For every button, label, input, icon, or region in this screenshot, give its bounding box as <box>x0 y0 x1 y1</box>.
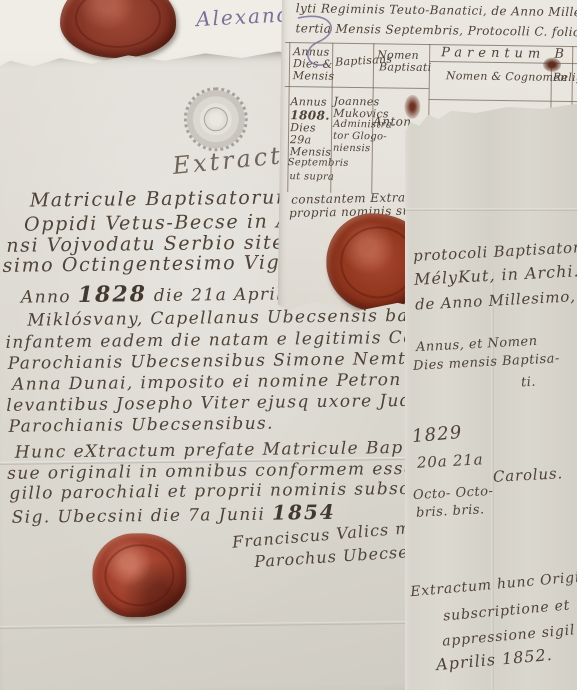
text-line: Dies mensis Baptisa- <box>413 352 560 373</box>
wax-seal <box>92 533 187 618</box>
text-line: Miklósvany, Capellanus Ubecsensis bap <box>27 308 421 330</box>
text-line: appressione sigil <box>442 623 576 649</box>
cell-line: Joannes <box>333 96 379 108</box>
anno-line: Anno 1828 die 21a April <box>21 281 283 306</box>
cell-line: niensis <box>333 144 371 155</box>
text-line: ti. <box>521 376 537 390</box>
cell-line: 1808. <box>290 109 330 122</box>
cell-line: ut supra <box>289 172 334 183</box>
sig-date-year: 1854 <box>272 500 336 525</box>
cell-line: Septembris <box>288 158 349 169</box>
anno-pre: Anno <box>21 287 71 308</box>
text-line: Parochianis Ubecsensibus Simone Nemts <box>8 351 417 373</box>
ink-stain <box>404 95 420 119</box>
embossed-stamp <box>183 87 248 152</box>
col-header: Relig. <box>553 72 577 83</box>
text-line: Annus, et Nomen <box>416 335 538 354</box>
text-line: protocoli Baptisatorum <box>413 239 577 264</box>
text-line: Anna Dunai, imposito ei nomine Petron <box>12 372 402 394</box>
table-rule <box>285 86 429 89</box>
entry-name: Carolus. <box>493 466 564 485</box>
col-header: Nomen & Cognomen <box>446 70 568 83</box>
anno-post: die 21a April <box>154 284 284 306</box>
text-line: Matricule Baptisatorum E <box>30 188 319 211</box>
entry-months: Octo- Octo- <box>413 485 494 502</box>
text-line: levantibus Josepho Viter ejusq uxore Jud… <box>6 393 427 415</box>
cell-line: Anton <box>373 115 411 128</box>
pen-flourish <box>292 12 348 76</box>
text-line: Aprilis 1852. <box>436 647 554 673</box>
cell-line: Dies <box>290 122 316 133</box>
cell-line: Mensis <box>290 146 332 158</box>
entry-year: 1829 <box>411 424 463 446</box>
document-photo: Alexander Extractus Matricule Baptisator… <box>0 0 577 690</box>
ink-stain <box>543 58 561 72</box>
sig-date-line: Sig. Ubecsini die 7a Junii 1854 <box>12 502 336 527</box>
fold-crease <box>0 620 453 629</box>
col-header: Baptisati <box>379 61 432 73</box>
anno-year: 1828 <box>78 281 148 308</box>
text-line: Parochianis Ubecsensibus. <box>8 416 274 436</box>
sig-date-pre: Sig. Ubecsini die 7a Junii <box>12 505 266 528</box>
entry-days: 20a 21a <box>417 452 484 470</box>
text-line: de Anno Millesimo, C <box>415 288 577 312</box>
table-rule <box>429 99 577 102</box>
cell-line: 29a <box>290 134 312 145</box>
right-extract-document: protocoli Baptisatorum MélyKut, in Archi… <box>405 102 577 690</box>
fold-crease <box>405 208 577 211</box>
text-line: MélyKut, in Archi. D <box>414 262 577 288</box>
col-header: Nomen <box>377 49 419 61</box>
cell-line: Annus <box>290 96 326 108</box>
wax-seal <box>60 0 176 58</box>
cell-line: tor Glogo- <box>333 132 387 143</box>
entry-months: bris. bris. <box>416 503 485 520</box>
text-line: subscriptione et <box>443 598 571 623</box>
